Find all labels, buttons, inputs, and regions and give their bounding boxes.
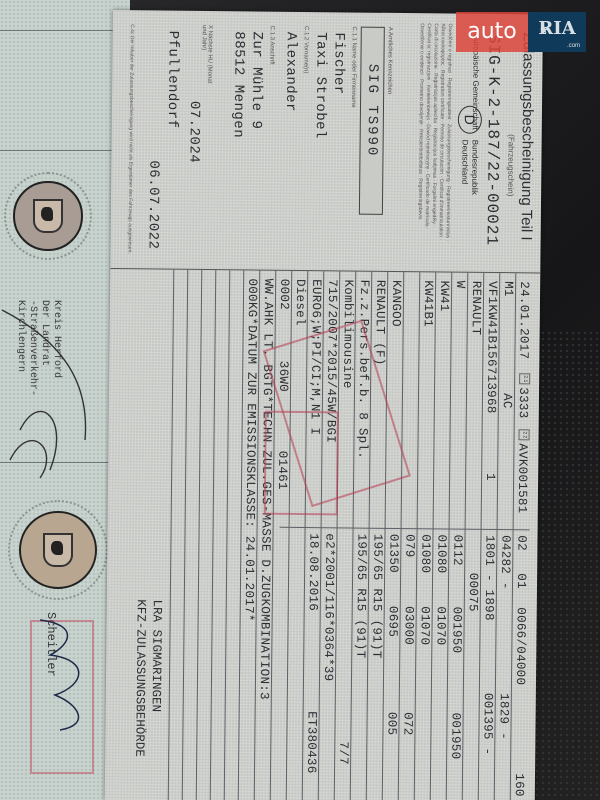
type: W bbox=[453, 281, 467, 289]
document-reference: ET380436 bbox=[304, 711, 319, 774]
old-authority-line: Kreis Herford bbox=[50, 300, 62, 460]
model: KANGOO bbox=[389, 280, 403, 327]
vin: VF1KW41B156713968 bbox=[484, 281, 499, 414]
unbraked-trailer: 072 bbox=[400, 712, 414, 736]
issue-place: Pfullendorf bbox=[164, 31, 181, 129]
power-ratio: 02 bbox=[514, 535, 528, 551]
holder-note: C.4c Der Inhaber der Zulassungsbescheini… bbox=[126, 24, 134, 254]
max-speed: 160 bbox=[512, 773, 526, 797]
divider bbox=[0, 462, 118, 463]
axles: 01 bbox=[514, 573, 528, 589]
country-code-oval: D bbox=[458, 106, 482, 134]
document-title: Zulassungsbescheinigung Teil I bbox=[518, 32, 537, 240]
braked-trailer: 03000 bbox=[401, 606, 415, 645]
seal-sigmaringen bbox=[8, 500, 108, 600]
mass-2: 001950 bbox=[449, 607, 463, 654]
old-authority-line: -Straßenverkehr- bbox=[26, 300, 38, 460]
vehicle-data-grid: 24.01.2017 2.1 3333 2.2 AVK001581 02 01 … bbox=[105, 268, 541, 800]
version: KW41B1 bbox=[421, 280, 435, 327]
holder-name: Fischer bbox=[330, 32, 347, 94]
displacement: 1801 - 1898 bbox=[482, 535, 497, 621]
old-authority-line: Kirchlengern bbox=[14, 300, 26, 460]
country-label: Bundesrepublik Deutschland bbox=[459, 140, 480, 230]
next-inspection-date: 07.2024 bbox=[185, 101, 202, 163]
plate-label: A Amtliches Kennzeichen bbox=[386, 27, 393, 94]
variant: KW41 bbox=[437, 280, 451, 311]
logo-ria-block: ★ RIA .com bbox=[528, 12, 586, 52]
document-number: SIG-K-2-187/22-00021 bbox=[483, 34, 503, 246]
logo-auto-text: auto bbox=[456, 12, 528, 52]
co2: 079 bbox=[402, 534, 416, 558]
seal-herford bbox=[4, 172, 92, 260]
multilingual-legend: Osvedčení o registraci · Registreringsat… bbox=[416, 23, 453, 243]
make: RENAULT (F) bbox=[372, 280, 387, 366]
axle-load-2: 01080 bbox=[418, 534, 432, 573]
body-code: AC bbox=[500, 393, 514, 409]
signer-name: Scheitler bbox=[28, 612, 58, 772]
stationary-noise: 01461 bbox=[275, 451, 289, 490]
length-width: 04282 - bbox=[498, 535, 513, 590]
mass-1: 0112 bbox=[450, 535, 464, 566]
vin-check-digit: 1 bbox=[483, 473, 497, 481]
logo-com-text: .com bbox=[567, 42, 580, 50]
holder-first-name: Alexander bbox=[282, 32, 299, 112]
coat-of-arms-icon bbox=[33, 199, 63, 233]
body-type: Kombilimousine bbox=[340, 279, 355, 388]
type-code: AVK001581 bbox=[515, 443, 530, 513]
license-plate: SIG TS990 bbox=[359, 27, 385, 215]
remarks-line-2: 000KG*DATUM ZUR EMISSIONSKLASSE: 24.01.2… bbox=[242, 278, 260, 621]
doors: 7/7 bbox=[336, 741, 350, 765]
approval-date: 18.08.2016 bbox=[306, 533, 321, 611]
capacity: 01350 bbox=[386, 534, 400, 573]
sound-level: 005 bbox=[384, 712, 398, 736]
issue-date: 06.07.2022 bbox=[144, 160, 161, 249]
mass-3: 001950 bbox=[448, 713, 462, 760]
power: 0066/04000 bbox=[513, 607, 528, 685]
capacity-2: 0695 bbox=[385, 606, 399, 637]
type-approval: e2*2001/116*0364*39 bbox=[321, 533, 337, 681]
emission-norm: EURO6;W;PI/CI;M,N1 I bbox=[308, 279, 324, 435]
first-name-label: C.1.2 Vorname(n) bbox=[302, 26, 308, 73]
manufacturer: RENAULT bbox=[469, 281, 484, 336]
height: 1829 - bbox=[496, 693, 510, 740]
autoria-watermark-logo: auto ★ RIA .com bbox=[456, 12, 588, 52]
emission-key: 36W0 bbox=[276, 361, 290, 392]
axle-load-2b: 01070 bbox=[417, 606, 431, 645]
tyres-front: 195/65 R15 (91)T bbox=[369, 534, 384, 659]
holder-name-label: C.1.1 Name oder Firmenname bbox=[350, 26, 357, 107]
divider bbox=[0, 150, 118, 151]
next-inspection-label: X Nächste HU (Monat und Jahr) bbox=[200, 25, 213, 95]
holder-city: 88512 Mengen bbox=[230, 31, 247, 138]
make-code: 3333 bbox=[516, 387, 530, 418]
authority-line-1: LRA SIGMARINGEN bbox=[147, 599, 165, 757]
star-icon: ★ bbox=[540, 14, 548, 48]
seats: 00075 bbox=[466, 573, 480, 612]
emission-class: 715/2007*2015/45W/BGI bbox=[323, 279, 339, 443]
document-content-rotated: Zulassungsbescheinigung Teil I (Fahrzeug… bbox=[105, 10, 543, 800]
field-tag: 2.2 bbox=[519, 429, 530, 440]
holder-company: Taxi Strobel bbox=[312, 32, 329, 139]
authority-block: LRA SIGMARINGEN KFZ-ZULASSUNGSBEHÖRDE bbox=[131, 599, 165, 757]
authority-line-2: KFZ-ZULASSUNGSBEHÖRDE bbox=[131, 599, 149, 757]
axle-load-1b: 01070 bbox=[433, 606, 447, 645]
vehicle-class: M1 bbox=[501, 281, 515, 297]
old-authority-line: Der Landrat bbox=[38, 300, 50, 460]
coat-of-arms-icon bbox=[43, 533, 73, 567]
fuel: Diesel bbox=[293, 279, 307, 326]
tyres-rear: 195/65 R15 (91)T bbox=[353, 534, 368, 659]
divider bbox=[0, 30, 118, 31]
axle-load-1: 01080 bbox=[434, 534, 448, 573]
wheelbase: 001395 - bbox=[480, 693, 495, 756]
first-registration-date: 24.01.2017 bbox=[516, 281, 531, 359]
fuel-code: 0002 bbox=[277, 279, 291, 310]
registration-document: Zulassungsbescheinigung Teil I (Fahrzeug… bbox=[105, 10, 543, 800]
vehicle-kind: Fz.z.Pers.bef.b. 8 Spl. bbox=[355, 280, 371, 460]
holder-street: Zur Mühle 9 bbox=[248, 31, 265, 129]
previous-authority-block: Kreis Herford Der Landrat -Straßenverkeh… bbox=[2, 300, 62, 460]
field-tag: 2.1 bbox=[519, 373, 530, 384]
document-subtitle: (Fahrzeugschein) bbox=[506, 134, 516, 196]
address-label: C.1.3 Anschrift bbox=[268, 26, 274, 65]
